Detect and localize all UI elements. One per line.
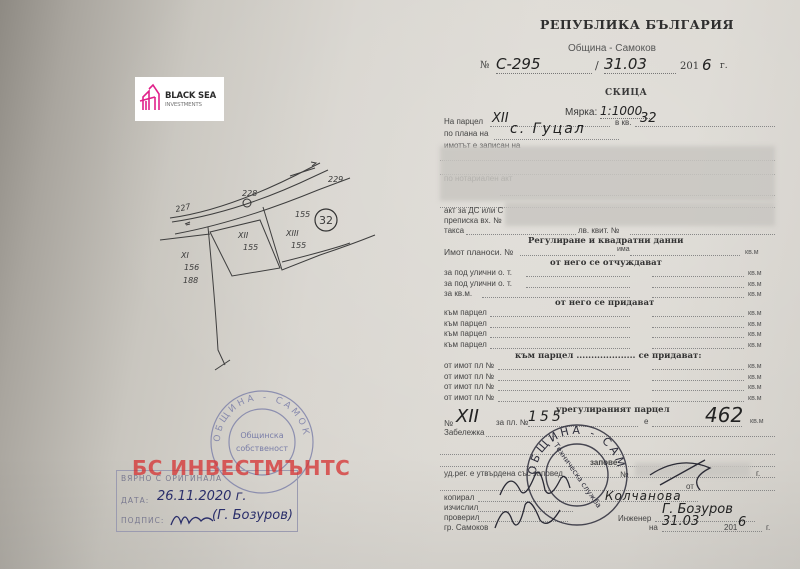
watermark-text: БС ИНВЕСТМЪНТС [132,456,350,480]
signature-scribble [169,507,229,529]
certified-sign-label: ПОДПИС: [121,516,164,525]
certified-date-value: 26.11.2020 г. [157,489,247,504]
svg-text:ОБЩИНА - САМОКОВ: ОБЩИНА - САМОКОВ [0,0,628,475]
certified-date-label: ДАТА: [121,496,149,505]
